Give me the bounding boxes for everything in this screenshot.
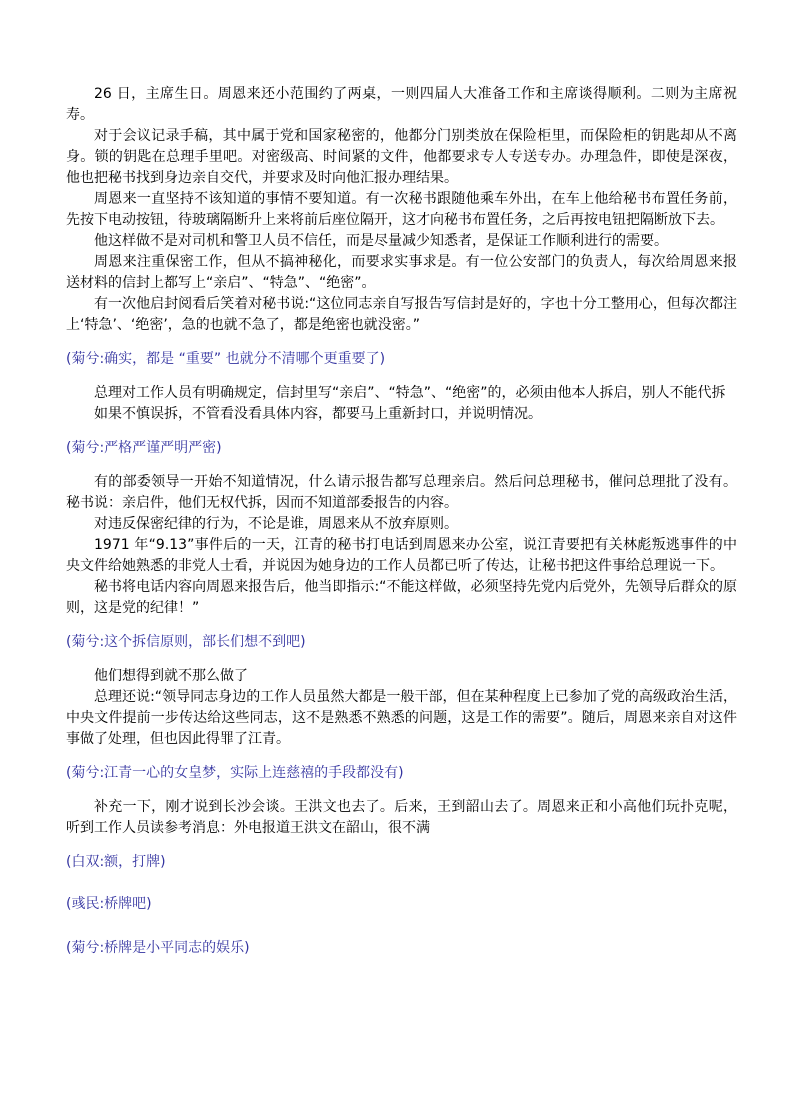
comment-annotation: (菊兮:这个拆信原则，部长们想不到吧) bbox=[66, 632, 737, 653]
comment-annotation: (彧民:桥牌吧) bbox=[66, 894, 737, 915]
comment-annotation: (菊兮:严格严谨严明严密) bbox=[66, 438, 737, 459]
paragraph: 他这样做不是对司机和警卫人员不信任，而是尽量减少知悉者，是保证工作顺利进行的需要… bbox=[66, 231, 737, 252]
document-page: 26 日，主席生日。周恩来还小范围约了两桌，一则四届人大准备工作和主席谈得顺利。… bbox=[0, 0, 800, 1100]
paragraph: 总理对工作人员有明确规定，信封里写“亲启”、“特急”、“绝密”的，必须由他本人拆… bbox=[66, 383, 737, 404]
paragraph: 他们想得到就不那么做了 bbox=[66, 666, 737, 687]
comment-annotation: (菊兮:江青一心的女皇梦，实际上连慈禧的手段都没有) bbox=[66, 763, 737, 784]
paragraph: 周恩来一直坚持不该知道的事情不要知道。有一次秘书跟随他乘车外出，在车上他给秘书布… bbox=[66, 189, 737, 231]
paragraph: 总理还说:“领导同志身边的工作人员虽然大都是一般干部，但在某种程度上已参加了党的… bbox=[66, 687, 737, 750]
paragraph: 有一次他启封阅看后笑着对秘书说:“这位同志亲自写报告写信封是好的，字也十分工整用… bbox=[66, 294, 737, 336]
paragraph: 对违反保密纪律的行为，不论是谁，周恩来从不放弃原则。 bbox=[66, 514, 737, 535]
paragraph: 26 日，主席生日。周恩来还小范围约了两桌，一则四届人大准备工作和主席谈得顺利。… bbox=[66, 84, 737, 126]
paragraph: 1971 年“9.13”事件后的一天，江青的秘书打电话到周恩来办公室，说江青要把… bbox=[66, 535, 737, 577]
paragraph: 补充一下，刚才说到长沙会谈。王洪文也去了。后来，王到韶山去了。周恩来正和小高他们… bbox=[66, 797, 737, 839]
comment-annotation: (白双:额，打牌) bbox=[66, 852, 737, 873]
paragraph: 如果不慎误拆，不管看没看具体内容，都要马上重新封口，并说明情况。 bbox=[66, 404, 737, 425]
comment-annotation: (菊兮:桥牌是小平同志的娱乐) bbox=[66, 938, 737, 959]
paragraph: 周恩来注重保密工作，但从不搞神秘化，而要求实事求是。有一位公安部门的负责人，每次… bbox=[66, 252, 737, 294]
comment-annotation: (菊兮:确实，都是 “重要” 也就分不清哪个更重要了) bbox=[66, 349, 737, 370]
paragraph: 秘书将电话内容向周恩来报告后，他当即指示:“不能这样做，必须坚持先党内后党外，先… bbox=[66, 577, 737, 619]
paragraph: 有的部委领导一开始不知道情况，什么请示报告都写总理亲启。然后问总理秘书，催问总理… bbox=[66, 472, 737, 514]
paragraph: 对于会议记录手稿，其中属于党和国家秘密的，他都分门别类放在保险柜里，而保险柜的钥… bbox=[66, 126, 737, 189]
